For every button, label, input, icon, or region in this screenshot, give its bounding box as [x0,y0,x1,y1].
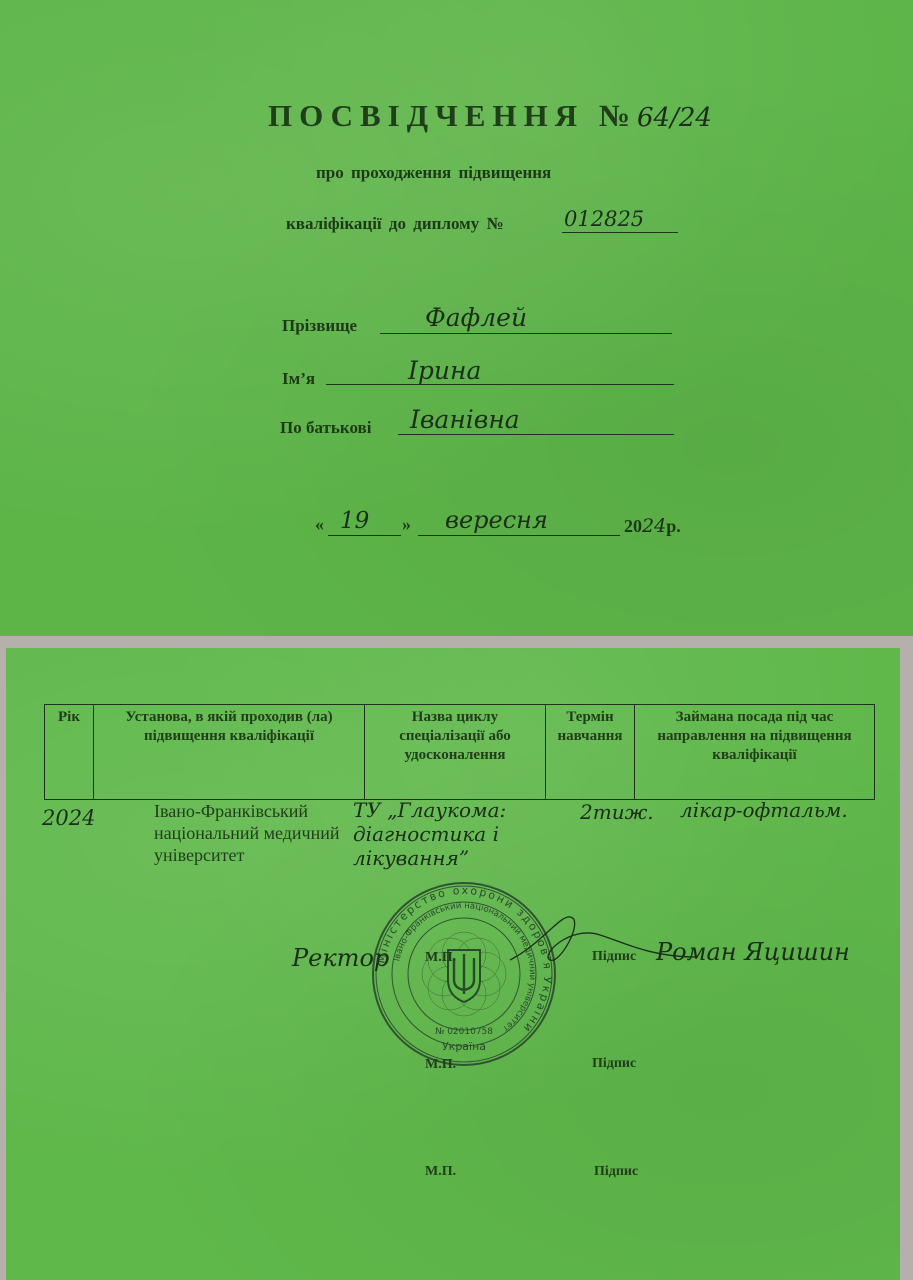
svg-text:Україна: Україна [442,1040,486,1053]
svg-text:№ 02010758: № 02010758 [435,1027,493,1037]
patronymic-label: По батькові [280,418,371,438]
certificate-title: ПОСВІДЧЕННЯ №64/24 [268,98,712,134]
date-day: 19 [340,508,369,534]
signature-scribble [500,905,700,975]
first-name-underline [326,384,674,385]
date-day-underline [328,535,401,536]
first-name-value: Ірина [408,356,481,385]
date-open-quote: « [315,514,324,535]
row-year: 2024 [42,806,95,830]
year-suffix: р. [666,516,681,536]
header-institution: Установа, в якій проходив (ла) підвищенн… [94,705,365,800]
surname-value: Фафлей [425,303,527,332]
certificate-front-page: ПОСВІДЧЕННЯ №64/24 про проходження підви… [0,0,913,636]
header-term: Термін навчання [546,705,635,800]
qualification-record-table: Рік Установа, в якій проходив (ла) підви… [44,704,875,800]
mp-label-3: М.П. [425,1164,456,1180]
patronymic-underline [398,434,674,435]
row-position: лікар-офтальм. [680,798,848,822]
signature-label-2: Підпис [592,1056,636,1072]
date-close-quote: » [402,514,411,535]
subtitle-line-2: кваліфікації до диплому № [286,214,504,234]
header-position: Займана посада під час направлення на пі… [635,705,875,800]
row-cycle: ТУ „Глаукома: діагностика і лікування” [353,798,573,870]
date-year: 2024р. [624,515,681,537]
subtitle-line-1: про проходження підвищення [316,163,551,183]
date-month: вересня [445,506,548,534]
header-cycle: Назва циклу спеціалізації або удосконале… [365,705,546,800]
rector-handwritten: Ректор [292,944,389,972]
surname-underline [380,333,672,334]
diploma-number: 012825 [564,207,644,231]
row-institution: Івано-Франківський національний медичний… [154,800,364,866]
title-text: ПОСВІДЧЕННЯ № [268,98,637,133]
mp-label-1: М.П. [425,950,456,966]
signature-label-3: Підпис [594,1164,638,1180]
first-name-label: Ім’я [282,369,315,389]
row-term: 2тиж. [580,800,654,824]
date-month-underline [418,535,620,536]
patronymic-value: Іванівна [410,405,520,434]
diploma-number-underline [562,232,678,233]
year-handwritten: 24 [642,515,666,537]
surname-label: Прізвище [282,316,357,336]
header-year: Рік [45,705,94,800]
year-prefix: 20 [624,516,642,536]
table-header-row: Рік Установа, в якій проходив (ла) підви… [45,705,875,800]
mp-label-2: М.П. [425,1057,456,1073]
certificate-number: 64/24 [637,103,712,133]
